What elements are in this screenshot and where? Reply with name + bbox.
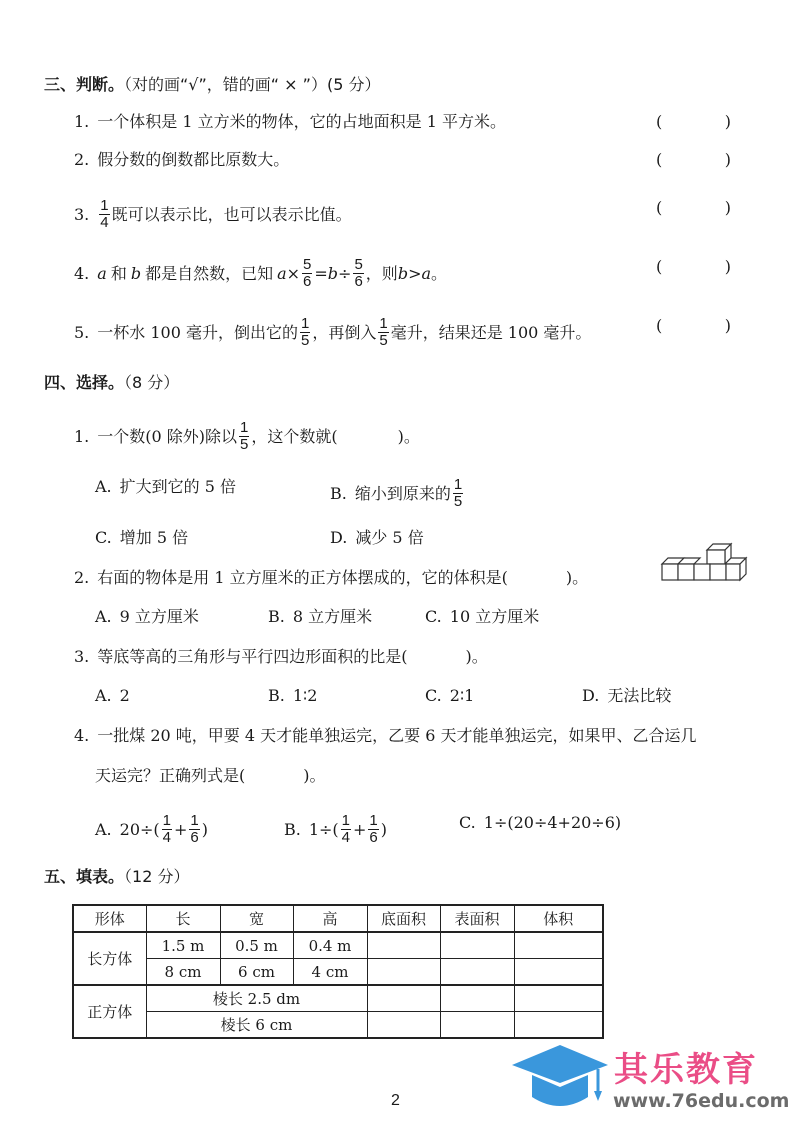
choice-1-option-c[interactable]: C. 增加 5 倍 <box>95 528 188 548</box>
choice-4-option-b[interactable]: B. 1÷( 14 + 16 ) <box>284 813 387 846</box>
answer-blank-4[interactable]: () <box>656 257 731 276</box>
var-a: a <box>277 264 287 284</box>
judge-item-1: 1. 一个体积是 1 立方米的物体，它的占地面积是 1 平方米。 <box>74 112 506 132</box>
header-cell: 底面积 <box>367 905 440 932</box>
table-cell: 4 cm <box>293 959 367 986</box>
option-text: 缩小到原来的 <box>355 484 451 504</box>
plus-sign: + <box>353 820 366 840</box>
text: )。 <box>303 766 325 786</box>
text: ) <box>381 820 387 840</box>
table-row: 8 cm 6 cm 4 cm <box>73 959 603 986</box>
watermark-brand: 其乐教育 <box>614 1042 758 1091</box>
answer-cell[interactable] <box>514 932 603 959</box>
text: ，再倒入 <box>312 323 376 343</box>
choice-1-option-b[interactable]: B. 缩小到原来的 15 <box>330 477 465 510</box>
section-4-title: 四、选择。 <box>44 373 124 392</box>
var-b: b <box>328 264 338 284</box>
cubes-figure-icon <box>658 536 748 584</box>
header-cell: 形体 <box>73 905 146 932</box>
option-text: 增加 5 倍 <box>120 528 188 548</box>
option-text: 1÷(20÷4+20÷6) <box>484 813 621 833</box>
option-text: 无法比较 <box>607 686 671 706</box>
table-cell: 6 cm <box>220 959 293 986</box>
item-number: 4. <box>74 264 89 284</box>
choice-item-4: 4. 一批煤 20 吨，甲要 4 天才能单独运完，乙要 6 天才能单独运完，如果… <box>74 726 697 746</box>
table-cell: 棱长 2.5 dm <box>146 985 367 1012</box>
table-row: 长方体 1.5 m 0.5 m 0.4 m <box>73 932 603 959</box>
judge-item-2: 2. 假分数的倒数都比原数大。 <box>74 150 289 170</box>
header-cell: 表面积 <box>440 905 514 932</box>
text: )。 <box>466 647 488 667</box>
answer-cell[interactable] <box>514 1012 603 1039</box>
fraction: 56 <box>353 257 363 290</box>
judge-item-5: 5. 一杯水 100 毫升，倒出它的 15 ，再倒入 15 毫升，结果还是 10… <box>74 316 591 349</box>
table-cell: 8 cm <box>146 959 220 986</box>
text: ，则 <box>366 264 398 284</box>
text: 等底等高的三角形与平行四边形面积的比是( <box>97 647 407 667</box>
var-b: b <box>398 264 408 284</box>
header-cell: 长 <box>146 905 220 932</box>
option-text: 2∶1 <box>450 686 475 706</box>
shape-label: 长方体 <box>73 932 146 985</box>
section-5-heading: 五、填表。（12 分） <box>44 864 189 887</box>
answer-blank-1[interactable]: () <box>656 112 731 131</box>
shape-label: 正方体 <box>73 985 146 1038</box>
section-3-heading: 三、判断。（对的画“√”，错的画“ × ”）(5 分） <box>44 72 380 95</box>
item-text: 既可以表示比，也可以表示比值。 <box>112 205 352 225</box>
option-label: A. <box>95 820 112 840</box>
option-text: 扩大到它的 5 倍 <box>120 477 236 497</box>
section-4-heading: 四、选择。（8 分） <box>44 370 179 393</box>
section-3-instruction: （对的画“√”，错的画“ × ”）(5 分） <box>124 75 380 94</box>
answer-blank-2[interactable]: () <box>656 150 731 169</box>
text: )。 <box>398 427 420 447</box>
option-text: 9 立方厘米 <box>120 607 199 627</box>
option-label: B. <box>268 686 285 706</box>
times-sign: × <box>287 264 300 284</box>
text: )。 <box>566 568 588 588</box>
fraction: 15 <box>453 477 463 510</box>
text: 一个数(0 除外)除以 <box>97 427 237 447</box>
answer-cell[interactable] <box>514 985 603 1012</box>
table-cell: 棱长 6 cm <box>146 1012 367 1039</box>
choice-4-option-c[interactable]: C. 1÷(20÷4+20÷6) <box>459 813 621 833</box>
item-number: 2. <box>74 150 89 170</box>
answer-blank-3[interactable]: () <box>656 198 731 217</box>
header-cell: 高 <box>293 905 367 932</box>
text: 和 <box>111 264 127 284</box>
option-label: B. <box>330 484 347 504</box>
fill-table: 形体 长 宽 高 底面积 表面积 体积 长方体 1.5 m 0.5 m 0.4 … <box>72 904 604 1039</box>
choice-1-option-d[interactable]: D. 减少 5 倍 <box>330 528 424 548</box>
item-text: 假分数的倒数都比原数大。 <box>97 150 289 170</box>
fraction: 14 <box>341 813 351 846</box>
header-cell: 体积 <box>514 905 603 932</box>
section-4-instruction: （8 分） <box>124 373 179 392</box>
item-number: 4. <box>74 726 89 746</box>
answer-cell[interactable] <box>367 985 440 1012</box>
choice-item-2: 2. 右面的物体是用 1 立方厘米的正方体摆成的，它的体积是( )。 <box>74 568 588 588</box>
choice-3-option-d[interactable]: D. 无法比较 <box>582 686 671 706</box>
fraction: 15 <box>239 420 249 453</box>
choice-2-option-a[interactable]: A. 9 立方厘米 <box>95 607 199 627</box>
watermark-url: www.76edu.com <box>613 1090 789 1112</box>
item-text: 一个体积是 1 立方米的物体，它的占地面积是 1 平方米。 <box>97 112 506 132</box>
answer-cell[interactable] <box>440 985 514 1012</box>
choice-item-4-line2: 天运完？正确列式是( )。 <box>95 766 326 786</box>
text: 一杯水 100 毫升，倒出它的 <box>97 323 298 343</box>
text: 1÷( <box>309 820 339 840</box>
var-a: a <box>421 264 431 284</box>
answer-cell[interactable] <box>440 1012 514 1039</box>
fraction: 15 <box>300 316 310 349</box>
text: ) <box>202 820 208 840</box>
option-label: C. <box>425 607 442 627</box>
equals-sign: = <box>314 264 327 284</box>
choice-2-option-c[interactable]: C. 10 立方厘米 <box>425 607 539 627</box>
choice-2-option-b[interactable]: B. 8 立方厘米 <box>268 607 372 627</box>
item-number: 2. <box>74 568 89 588</box>
header-cell: 宽 <box>220 905 293 932</box>
option-text: 减少 5 倍 <box>355 528 423 548</box>
page-number: 2 <box>391 1092 400 1110</box>
choice-3-option-b[interactable]: B. 1∶2 <box>268 686 317 706</box>
item-number: 5. <box>74 323 89 343</box>
answer-cell[interactable] <box>367 932 440 959</box>
graduation-cap-icon <box>510 1043 610 1109</box>
item-number: 3. <box>74 205 89 225</box>
choice-4-option-a[interactable]: A. 20÷( 14 + 16 ) <box>95 813 208 846</box>
text: 都是自然数，已知 <box>145 264 273 284</box>
item-number: 3. <box>74 647 89 667</box>
option-text: 1∶2 <box>293 686 318 706</box>
judge-item-3: 3. 14 既可以表示比，也可以表示比值。 <box>74 198 352 231</box>
choice-item-3: 3. 等底等高的三角形与平行四边形面积的比是( )。 <box>74 647 488 667</box>
option-label: C. <box>95 528 112 548</box>
option-text: 2 <box>120 686 130 706</box>
answer-blank-5[interactable]: () <box>656 316 731 335</box>
fraction: 56 <box>302 257 312 290</box>
item-number: 1. <box>74 112 89 132</box>
answer-cell[interactable] <box>367 1012 440 1039</box>
fraction: 14 <box>99 198 109 231</box>
option-label: D. <box>582 686 599 706</box>
fraction: 16 <box>368 813 378 846</box>
text: 右面的物体是用 1 立方厘米的正方体摆成的，它的体积是( <box>97 568 508 588</box>
answer-cell[interactable] <box>440 932 514 959</box>
judge-item-4: 4. a 和 b 都是自然数，已知 a × 56 = b ÷ 56 ，则 b >… <box>74 257 447 290</box>
option-text: 10 立方厘米 <box>450 607 539 627</box>
choice-item-1: 1. 一个数(0 除外)除以 15 ，这个数就( )。 <box>74 420 420 453</box>
table-row: 正方体 棱长 2.5 dm <box>73 985 603 1012</box>
answer-cell[interactable] <box>514 959 603 986</box>
text: 天运完？正确列式是( <box>95 766 245 786</box>
text: 一批煤 20 吨，甲要 4 天才能单独运完，乙要 6 天才能单独运完，如果甲、乙… <box>97 726 696 746</box>
choice-3-option-a[interactable]: A. 2 <box>95 686 130 706</box>
option-text: 8 立方厘米 <box>293 607 372 627</box>
text: 20÷( <box>120 820 160 840</box>
table-cell: 0.5 m <box>220 932 293 959</box>
text: ，这个数就( <box>251 427 337 447</box>
var-b: b <box>131 264 141 284</box>
choice-1-option-a[interactable]: A. 扩大到它的 5 倍 <box>95 477 236 497</box>
text: 。 <box>431 264 447 284</box>
table-row: 棱长 6 cm <box>73 1012 603 1039</box>
option-label: B. <box>268 607 285 627</box>
option-label: D. <box>330 528 347 548</box>
table-cell: 1.5 m <box>146 932 220 959</box>
item-number: 1. <box>74 427 89 447</box>
option-label: C. <box>459 813 476 833</box>
option-label: C. <box>425 686 442 706</box>
table-cell: 0.4 m <box>293 932 367 959</box>
choice-3-option-c[interactable]: C. 2∶1 <box>425 686 474 706</box>
section-5-instruction: （12 分） <box>124 867 189 886</box>
section-5-title: 五、填表。 <box>44 867 124 886</box>
fraction: 16 <box>189 813 199 846</box>
option-label: B. <box>284 820 301 840</box>
plus-sign: + <box>174 820 187 840</box>
fraction: 14 <box>162 813 172 846</box>
option-label: A. <box>95 477 112 497</box>
section-3-title: 三、判断。 <box>44 75 124 94</box>
divide-sign: ÷ <box>338 264 351 284</box>
gt-sign: > <box>408 264 421 284</box>
answer-cell[interactable] <box>367 959 440 986</box>
answer-cell[interactable] <box>440 959 514 986</box>
option-label: A. <box>95 607 112 627</box>
fraction: 15 <box>378 316 388 349</box>
var-a: a <box>97 264 107 284</box>
text: 毫升，结果还是 100 毫升。 <box>391 323 592 343</box>
option-label: A. <box>95 686 112 706</box>
table-header-row: 形体 长 宽 高 底面积 表面积 体积 <box>73 905 603 932</box>
